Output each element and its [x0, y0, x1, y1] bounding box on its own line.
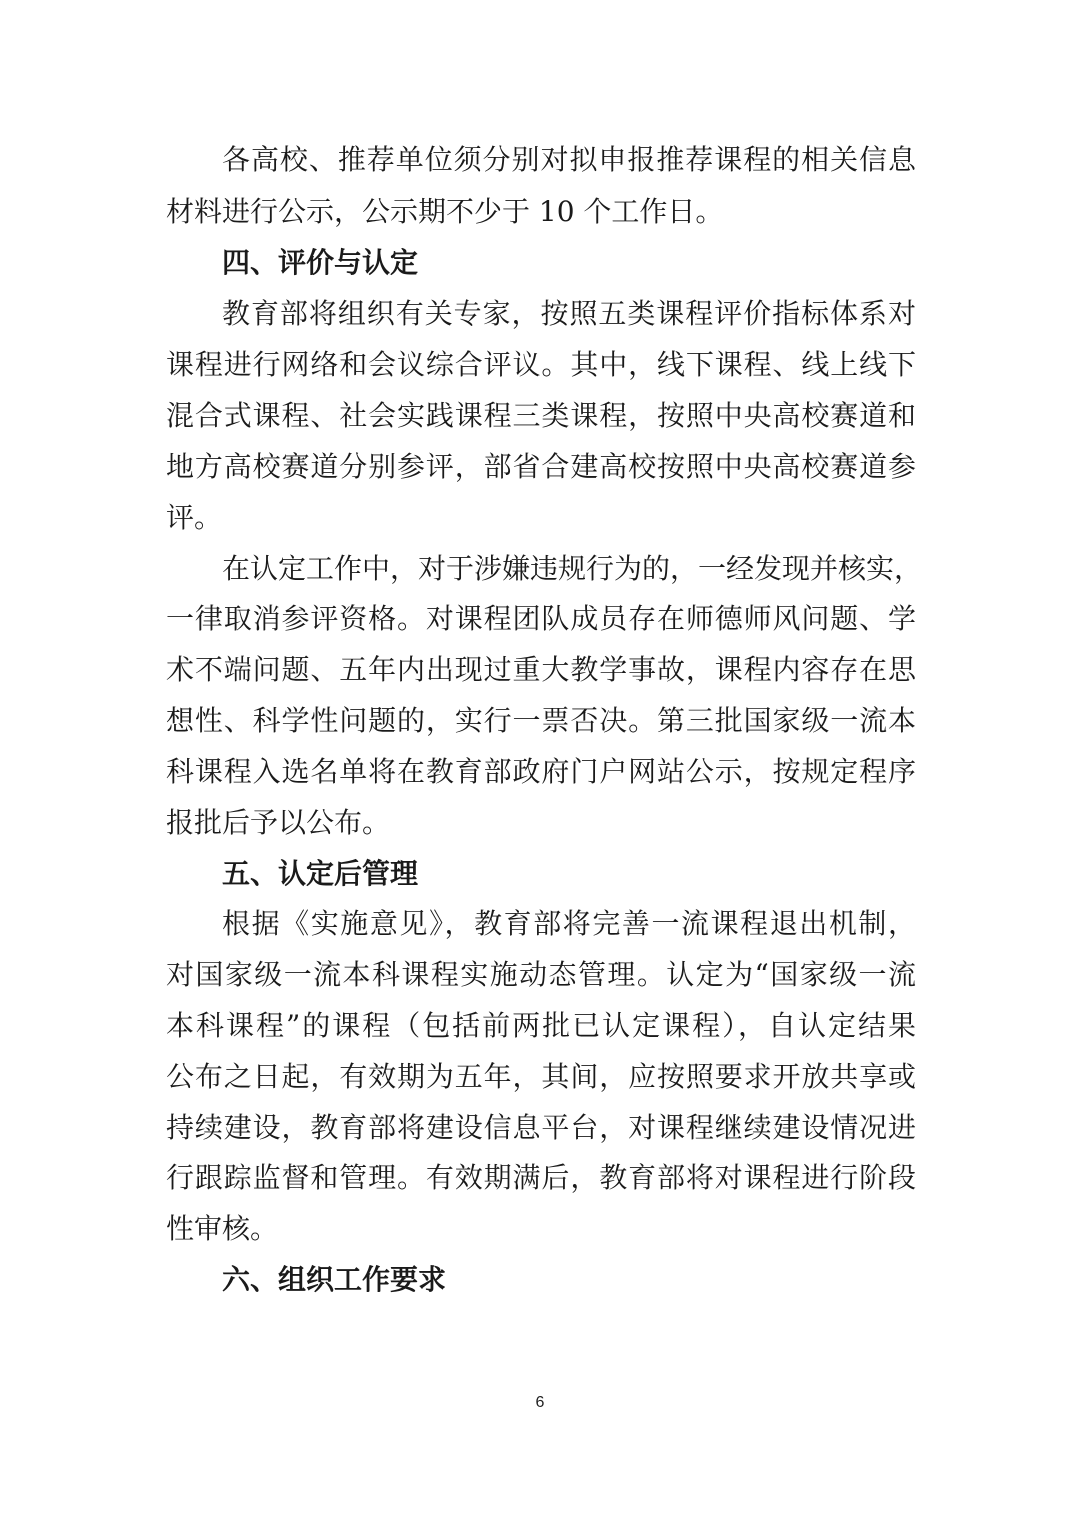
- paragraph-line: 想性、科学性问题的，实行一票否决。第三批国家级一流本: [166, 703, 916, 739]
- paragraph-line: 评。: [166, 500, 916, 536]
- section-heading-organization: 六、组织工作要求: [222, 1262, 446, 1298]
- paragraph-line: 课程进行网络和会议综合评议。其中，线下课程、线上线下: [166, 347, 916, 383]
- paragraph-line: 术不端问题、五年内出现过重大教学事故，课程内容存在思: [166, 652, 916, 688]
- paragraph-line: 地方高校赛道分别参评，部省合建高校按照中央高校赛道参: [166, 449, 916, 485]
- paragraph-line: 公布之日起，有效期为五年，其间，应按照要求开放共享或: [166, 1059, 916, 1095]
- paragraph-line: 对国家级一流本科课程实施动态管理。认定为“国家级一流: [166, 957, 916, 993]
- paragraph-line: 科课程入选名单将在教育部政府门户网站公示，按规定程序: [166, 754, 916, 790]
- section-heading-post-certification: 五、认定后管理: [222, 856, 418, 892]
- paragraph-line: 教育部将组织有关专家，按照五类课程评价指标体系对: [222, 296, 916, 332]
- paragraph-line: 混合式课程、社会实践课程三类课程，按照中央高校赛道和: [166, 398, 916, 434]
- paragraph-line: 根据《实施意见》，教育部将完善一流课程退出机制，: [222, 906, 916, 942]
- document-page: 各高校、推荐单位须分别对拟申报推荐课程的相关信息 材料进行公示，公示期不少于 1…: [0, 0, 1080, 1527]
- paragraph-line: 一律取消参评资格。对课程团队成员存在师德师风问题、学: [166, 601, 916, 637]
- paragraph-line: 持续建设，教育部将建设信息平台，对课程继续建设情况进: [166, 1110, 916, 1146]
- paragraph-line: 在认定工作中，对于涉嫌违规行为的，一经发现并核实，: [222, 551, 916, 587]
- paragraph-line: 报批后予以公布。: [166, 805, 916, 841]
- section-heading-evaluation: 四、评价与认定: [222, 245, 418, 281]
- page-number: 6: [0, 1394, 1080, 1412]
- paragraph-line: 性审核。: [166, 1211, 916, 1247]
- paragraph-line: 材料进行公示，公示期不少于 10 个工作日。: [166, 194, 916, 230]
- paragraph-line: 各高校、推荐单位须分别对拟申报推荐课程的相关信息: [222, 142, 916, 178]
- paragraph-line: 行跟踪监督和管理。有效期满后，教育部将对课程进行阶段: [166, 1160, 916, 1196]
- paragraph-line: 本科课程”的课程（包括前两批已认定课程），自认定结果: [166, 1008, 916, 1044]
